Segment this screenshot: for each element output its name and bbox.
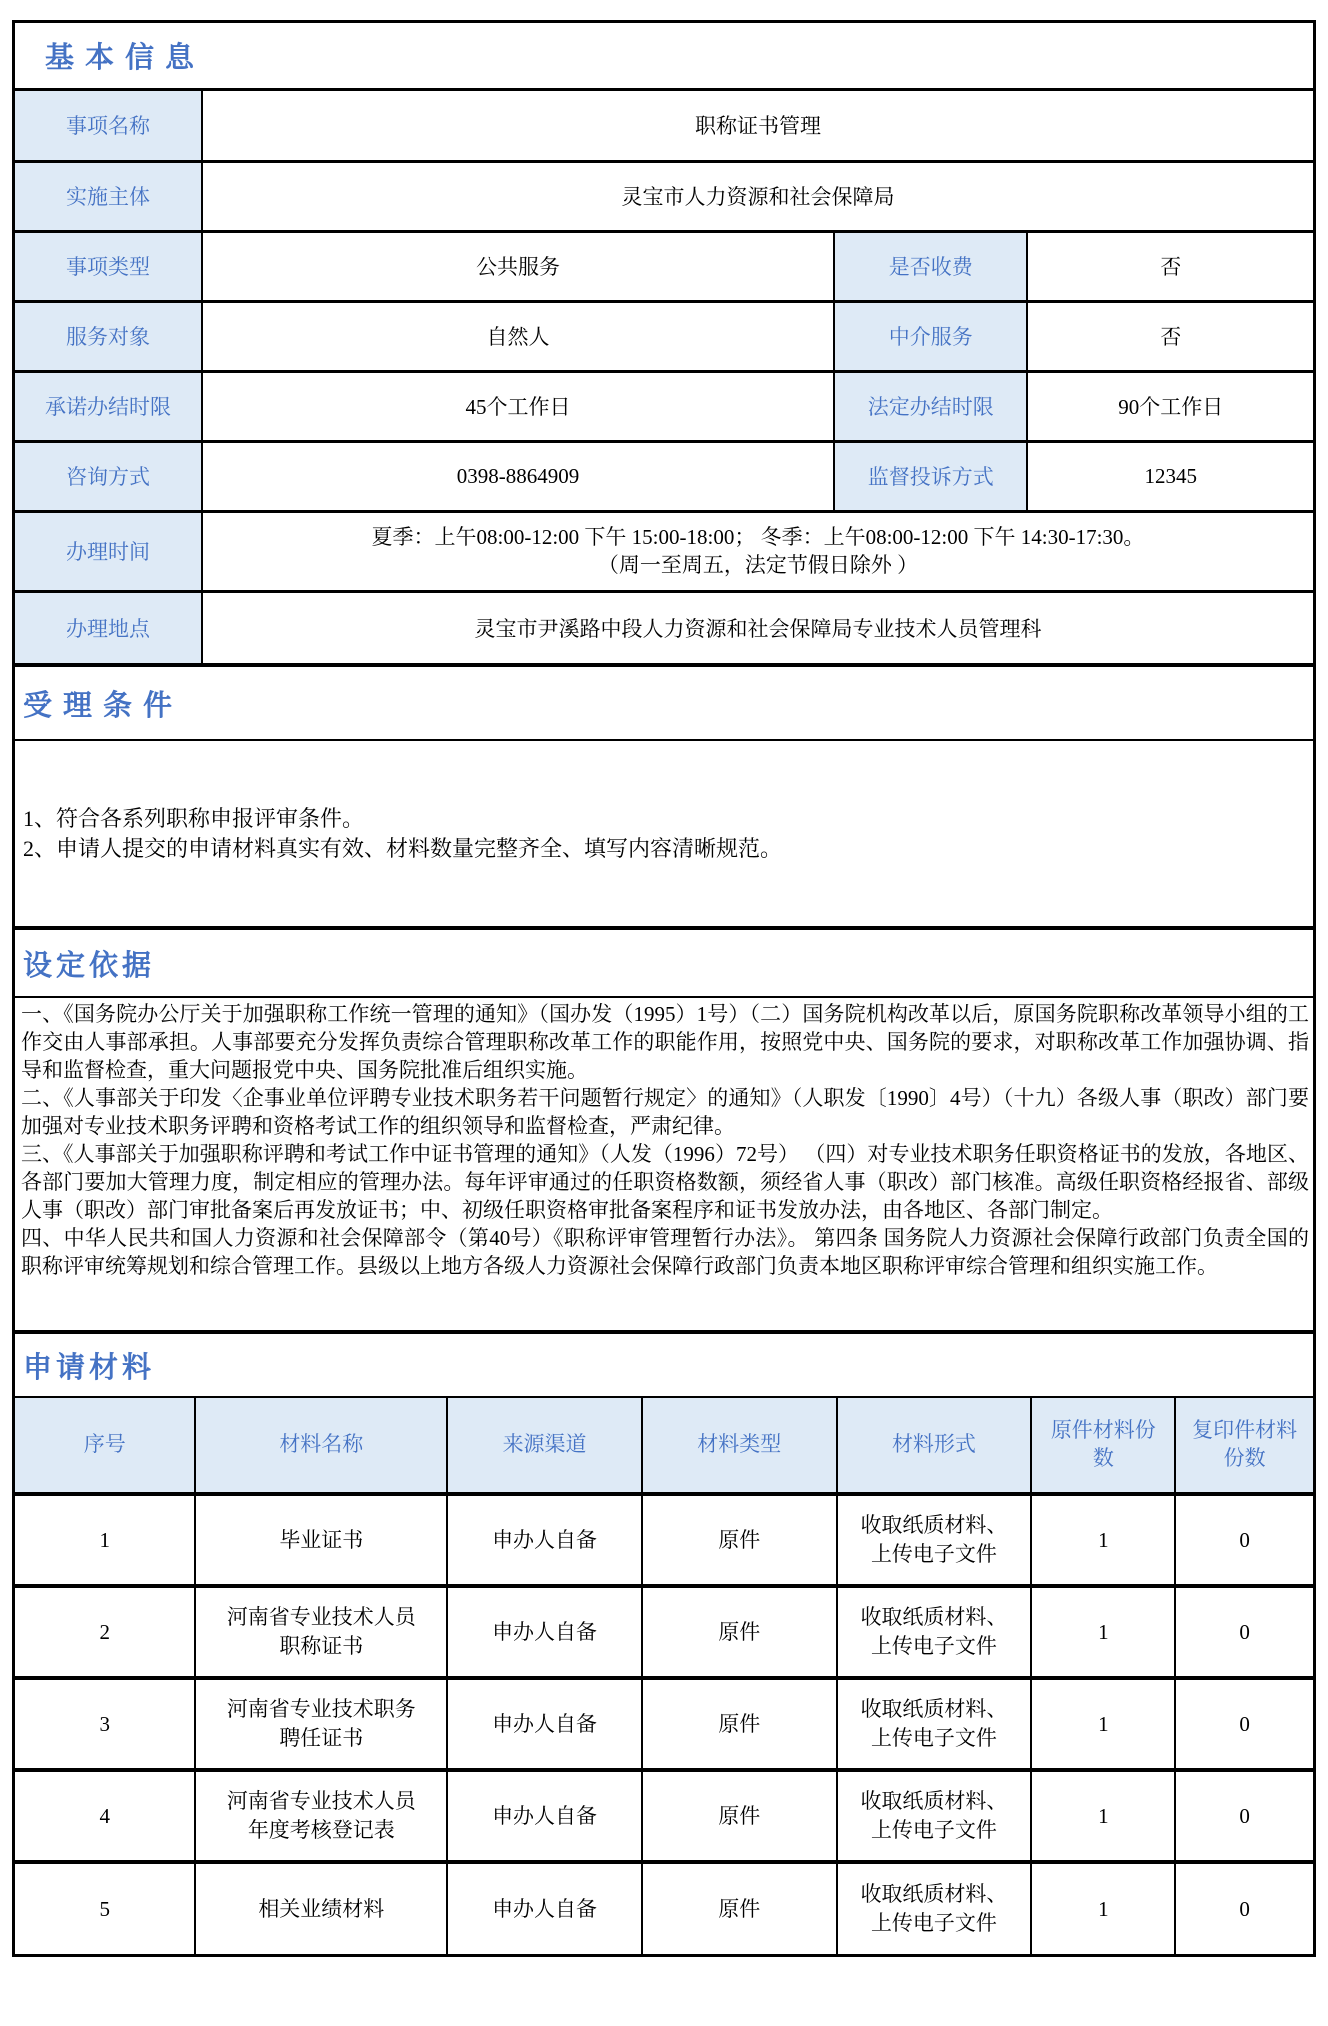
field-value: 自然人 [202, 301, 834, 371]
field-value: 夏季：上午08:00-12:00 下午 15:00-18:00； 冬季：上午08… [202, 511, 1313, 591]
acceptance-item: 1、符合各系列职称申报评审条件。 [23, 804, 1313, 834]
material-no: 1 [15, 1494, 195, 1586]
section-title-acceptance-conditions: 受理条件 [15, 663, 1313, 741]
field-label: 办理地点 [15, 591, 202, 663]
column-header: 复印件材料份数 [1175, 1398, 1313, 1494]
material-originals: 1 [1031, 1586, 1175, 1678]
material-copies: 0 [1175, 1586, 1313, 1678]
section-title-basic-info: 基本信息 [15, 23, 1313, 91]
material-form: 收取纸质材料、上传电子文件 [837, 1494, 1032, 1586]
material-source: 申办人自备 [447, 1586, 642, 1678]
acceptance-conditions-content: 1、符合各系列职称申报评审条件。 2、申请人提交的申请材料真实有效、材料数量完整… [15, 741, 1313, 926]
field-value: 否 [1027, 231, 1313, 301]
basic-info-table: 事项名称 职称证书管理 实施主体 灵宝市人力资源和社会保障局 事项类型 公共服务… [15, 91, 1313, 663]
material-originals: 1 [1031, 1862, 1175, 1954]
column-header: 序号 [15, 1398, 195, 1494]
column-header: 材料名称 [195, 1398, 447, 1494]
material-name: 河南省专业技术人员职称证书 [195, 1586, 447, 1678]
field-value: 0398-8864909 [202, 441, 834, 511]
field-value: 灵宝市尹溪路中段人力资源和社会保障局专业技术人员管理科 [202, 591, 1313, 663]
material-form: 收取纸质材料、上传电子文件 [837, 1678, 1032, 1770]
material-row: 1 毕业证书 申办人自备 原件 收取纸质材料、上传电子文件 1 0 [15, 1494, 1313, 1586]
section-title-legal-basis: 设定依据 [15, 926, 1313, 998]
table-row: 实施主体 灵宝市人力资源和社会保障局 [15, 161, 1313, 231]
field-label: 事项名称 [15, 91, 202, 161]
material-no: 2 [15, 1586, 195, 1678]
service-item-document: 基本信息 事项名称 职称证书管理 实施主体 灵宝市人力资源和社会保障局 事项类型… [12, 20, 1316, 1957]
office-hours-line-2: （周一至周五，法定节假日除外 ） [209, 551, 1307, 579]
material-copies: 0 [1175, 1494, 1313, 1586]
application-materials-table: 序号 材料名称 来源渠道 材料类型 材料形式 原件材料份数 复印件材料份数 1 … [15, 1398, 1313, 1954]
field-value: 12345 [1027, 441, 1313, 511]
material-originals: 1 [1031, 1770, 1175, 1862]
material-type: 原件 [642, 1770, 837, 1862]
material-copies: 0 [1175, 1770, 1313, 1862]
field-label: 是否收费 [834, 231, 1027, 301]
field-label: 实施主体 [15, 161, 202, 231]
acceptance-item: 2、申请人提交的申请材料真实有效、材料数量完整齐全、填写内容清晰规范。 [23, 834, 1313, 864]
legal-basis-content: 一、《国务院办公厅关于加强职称工作统一管理的通知》（国办发（1995）1号）（二… [15, 998, 1313, 1330]
material-row: 3 河南省专业技术职务聘任证书 申办人自备 原件 收取纸质材料、上传电子文件 1… [15, 1678, 1313, 1770]
field-value: 45个工作日 [202, 371, 834, 441]
field-label: 事项类型 [15, 231, 202, 301]
material-type: 原件 [642, 1494, 837, 1586]
material-copies: 0 [1175, 1678, 1313, 1770]
table-row: 办理地点 灵宝市尹溪路中段人力资源和社会保障局专业技术人员管理科 [15, 591, 1313, 663]
material-originals: 1 [1031, 1678, 1175, 1770]
field-label: 承诺办结时限 [15, 371, 202, 441]
table-row: 事项类型 公共服务 是否收费 否 [15, 231, 1313, 301]
field-label: 法定办结时限 [834, 371, 1027, 441]
material-originals: 1 [1031, 1494, 1175, 1586]
material-name: 河南省专业技术职务聘任证书 [195, 1678, 447, 1770]
legal-basis-paragraph: 二、《人事部关于印发〈企事业单位评聘专业技术职务若干问题暂行规定〉的通知》（人职… [21, 1084, 1309, 1140]
field-value: 公共服务 [202, 231, 834, 301]
column-header: 材料形式 [837, 1398, 1032, 1494]
material-no: 4 [15, 1770, 195, 1862]
field-label: 咨询方式 [15, 441, 202, 511]
material-name: 相关业绩材料 [195, 1862, 447, 1954]
field-label: 办理时间 [15, 511, 202, 591]
office-hours-line-1: 夏季：上午08:00-12:00 下午 15:00-18:00； 冬季：上午08… [209, 523, 1307, 551]
material-form: 收取纸质材料、上传电子文件 [837, 1586, 1032, 1678]
material-form: 收取纸质材料、上传电子文件 [837, 1770, 1032, 1862]
section-title-application-materials: 申请材料 [15, 1330, 1313, 1398]
field-value: 90个工作日 [1027, 371, 1313, 441]
material-type: 原件 [642, 1678, 837, 1770]
table-row: 服务对象 自然人 中介服务 否 [15, 301, 1313, 371]
material-source: 申办人自备 [447, 1770, 642, 1862]
material-type: 原件 [642, 1862, 837, 1954]
material-copies: 0 [1175, 1862, 1313, 1954]
material-row: 2 河南省专业技术人员职称证书 申办人自备 原件 收取纸质材料、上传电子文件 1… [15, 1586, 1313, 1678]
table-row: 咨询方式 0398-8864909 监督投诉方式 12345 [15, 441, 1313, 511]
field-label: 服务对象 [15, 301, 202, 371]
column-header: 材料类型 [642, 1398, 837, 1494]
material-no: 5 [15, 1862, 195, 1954]
field-value: 职称证书管理 [202, 91, 1313, 161]
field-value: 否 [1027, 301, 1313, 371]
material-name: 河南省专业技术人员年度考核登记表 [195, 1770, 447, 1862]
material-row: 4 河南省专业技术人员年度考核登记表 申办人自备 原件 收取纸质材料、上传电子文… [15, 1770, 1313, 1862]
legal-basis-paragraph: 四、中华人民共和国人力资源和社会保障部令（第40号）《职称评审管理暂行办法》。 … [21, 1224, 1309, 1280]
field-label: 中介服务 [834, 301, 1027, 371]
material-row: 5 相关业绩材料 申办人自备 原件 收取纸质材料、上传电子文件 1 0 [15, 1862, 1313, 1954]
column-header: 原件材料份数 [1031, 1398, 1175, 1494]
material-source: 申办人自备 [447, 1678, 642, 1770]
table-row: 承诺办结时限 45个工作日 法定办结时限 90个工作日 [15, 371, 1313, 441]
column-header: 来源渠道 [447, 1398, 642, 1494]
legal-basis-paragraph: 一、《国务院办公厅关于加强职称工作统一管理的通知》（国办发（1995）1号）（二… [21, 1000, 1309, 1084]
material-source: 申办人自备 [447, 1494, 642, 1586]
material-form: 收取纸质材料、上传电子文件 [837, 1862, 1032, 1954]
legal-basis-paragraph: 三、《人事部关于加强职称评聘和考试工作中证书管理的通知》（人发（1996）72号… [21, 1140, 1309, 1224]
materials-header-row: 序号 材料名称 来源渠道 材料类型 材料形式 原件材料份数 复印件材料份数 [15, 1398, 1313, 1494]
material-no: 3 [15, 1678, 195, 1770]
material-source: 申办人自备 [447, 1862, 642, 1954]
field-label: 监督投诉方式 [834, 441, 1027, 511]
field-value: 灵宝市人力资源和社会保障局 [202, 161, 1313, 231]
material-name: 毕业证书 [195, 1494, 447, 1586]
material-type: 原件 [642, 1586, 837, 1678]
table-row: 事项名称 职称证书管理 [15, 91, 1313, 161]
table-row: 办理时间 夏季：上午08:00-12:00 下午 15:00-18:00； 冬季… [15, 511, 1313, 591]
